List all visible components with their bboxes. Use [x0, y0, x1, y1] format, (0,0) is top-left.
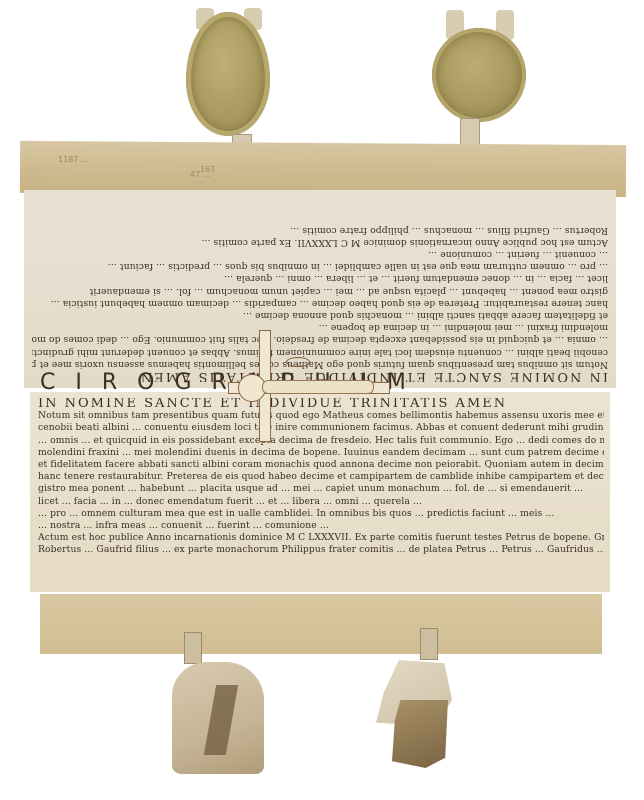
- text-line: hanc tenere restaurabitur. Preterea de e…: [38, 471, 604, 483]
- text-block: IN NOMINE SANCTE ET INDIVIDUE TRINITATIS…: [38, 398, 604, 588]
- text-line: Actum est hoc publice Anno incarnationis…: [32, 236, 608, 248]
- seal-top-left: [186, 12, 270, 136]
- text-line: ... conuenit ... fuerint ... comunione .…: [32, 248, 608, 260]
- christ-figure-drawing: [262, 380, 374, 394]
- text-line: ... pro ... omnem cutturam mea que est i…: [32, 260, 608, 272]
- text-line: Actum est hoc publice Anno incarnationis…: [38, 532, 604, 544]
- parchment-fold-top: [20, 141, 626, 197]
- text-line: molendini fraxini ... mei molendini duen…: [38, 447, 604, 459]
- seal-tag-bottom-left: [184, 632, 202, 664]
- parchment-fold-bottom: [40, 594, 602, 654]
- archival-note: 167: [200, 165, 215, 174]
- inverted-text-block: IN NOMINE SANCTE ET INDIVIDUE TRINITATIS…: [32, 196, 608, 382]
- seal-tag-bottom-right: [420, 628, 438, 660]
- oval-mark: [286, 357, 310, 367]
- text-line: Notum sit omnibus tam presentibus quam f…: [38, 410, 604, 422]
- invocation-line: IN NOMINE SANCTE ET INDIVIDUE TRINITATIS…: [38, 398, 604, 410]
- archival-note: 1187 ...: [58, 155, 89, 164]
- text-line: cenobii beati albini ... conuentu eiusde…: [38, 422, 604, 434]
- text-line: ... omnis ... et quicquid in eis posside…: [38, 435, 604, 447]
- text-line: et fidelitatem facere abbati sancti albi…: [38, 459, 604, 471]
- text-line: Notum sit omnibus tam presentibus quam f…: [32, 358, 608, 370]
- seal-bottom-right: [392, 700, 448, 768]
- text-line: Robertus ... Gaufrid filius ... ex parte…: [38, 544, 604, 556]
- text-line: ... pro ... omnem culturam mea que est i…: [38, 508, 604, 520]
- text-line: hanc tenere restaurabitur. Preterea de e…: [32, 297, 608, 309]
- chirograph-lower-half: IN NOMINE SANCTE ET INDIVIDUE TRINITATIS…: [30, 392, 610, 592]
- text-line: gistro mea ponent ... habebunt ... placi…: [38, 483, 604, 495]
- text-line: cenobii beati albini ... conuentu eiusde…: [32, 345, 608, 357]
- text-line: licet ... facia ... in ... donec emendat…: [38, 496, 604, 508]
- text-line: Robertus ... Gaufrid filius ... monachus…: [32, 223, 608, 235]
- text-line: gistro mea ponent ... habebunt ... placi…: [32, 284, 608, 296]
- text-line: ... omnia ... et quicquid in eis posside…: [32, 333, 608, 345]
- chirograph-upper-half: IN NOMINE SANCTE ET INDIVIDUE TRINITATIS…: [24, 190, 616, 388]
- seal-top-right: [432, 28, 526, 122]
- text-line: licet ... facia ... in ... donec emendat…: [32, 272, 608, 284]
- text-line: molendini fraxini ... mei molendini ... …: [32, 321, 608, 333]
- text-line: et fidelitatem facere abbati sancti albi…: [32, 309, 608, 321]
- text-line: ... nostra ... infra meas ... conuenit .…: [38, 520, 604, 532]
